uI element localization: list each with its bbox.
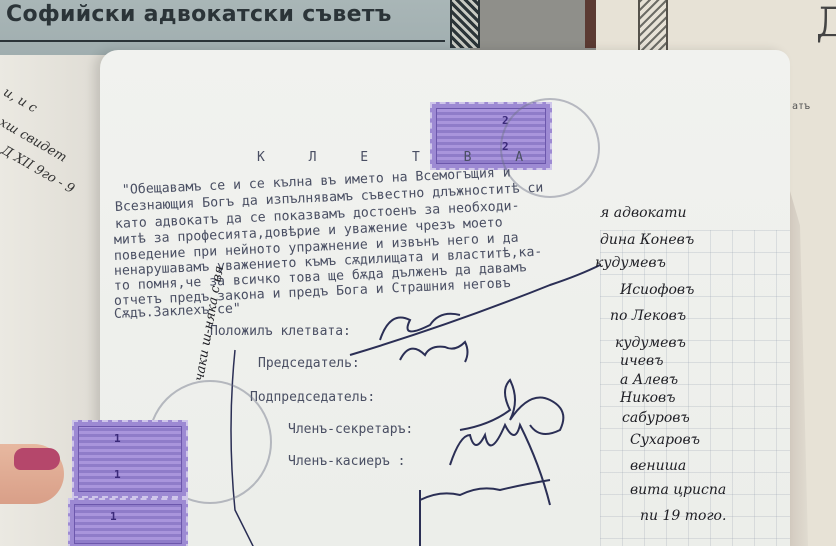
handwritten-list-item: дина Коневъ [600, 232, 694, 248]
handwritten-list-item: а Алевъ [620, 372, 678, 388]
handwritten-list-item: Сухаровъ [630, 432, 700, 448]
fingernail [14, 448, 60, 470]
handwritten-list-item: я адвокати [600, 205, 687, 221]
cover-rule [0, 40, 445, 42]
stamp-value: 1 [114, 432, 121, 445]
revenue-stamp: 1 [68, 498, 188, 546]
decorative-initial: Д [816, 0, 836, 46]
revenue-stamp: 1 1 [72, 420, 188, 498]
ornament-border-icon [638, 0, 668, 52]
ornament-border-icon [450, 0, 480, 48]
handwritten-list-item: ичевъ [620, 353, 664, 369]
handwritten-list-item: по Лековъ [610, 308, 686, 324]
handwritten-list-item: сабуровъ [622, 410, 690, 426]
left-handwriting-line: и, и с [1, 85, 40, 116]
oath-document-page: 2 2 К Л Е Т В А "Обещавамъ се и се кълна… [100, 50, 790, 546]
handwritten-list-item: Исиофовъ [620, 282, 694, 298]
cover-title: Софийски адвокатски съветъ [6, 2, 392, 27]
handwritten-list-item: пи 19 того. [640, 508, 726, 524]
handwritten-list-item: кудумевъ [595, 255, 666, 271]
right-page-text: атъ [792, 101, 810, 112]
stamp-value: 1 [110, 510, 117, 523]
handwritten-list-item: кудумевъ [615, 335, 686, 351]
handwritten-list-item: вита цриспа [630, 482, 726, 498]
stamp-value: 1 [114, 468, 121, 481]
handwritten-list-item: вениша [630, 458, 686, 474]
handwritten-list-item: Никовъ [620, 390, 676, 406]
